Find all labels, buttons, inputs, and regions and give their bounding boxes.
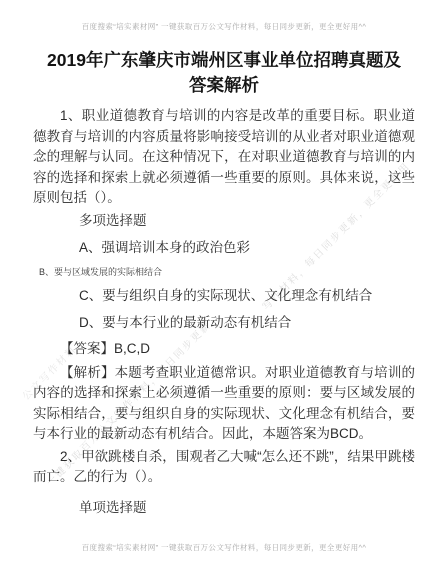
document-title: 2019年广东肇庆市端州区事业单位招聘真题及答案解析 <box>43 48 405 98</box>
document-page: 百度搜索“培实素材网” 一键获取百万公文写作材料，每日同步更新，更全更好用^^ … <box>0 0 448 580</box>
question-1-stem: 1、职业道德教育与培训的内容是改革的重要目标。职业道德教育与培训的内容质量将影响… <box>33 106 415 209</box>
question-1-option-a: A、强调培训本身的政治色彩 <box>79 238 415 257</box>
question-2-stem: 2、甲欲跳楼自杀，围观者乙大喊“怎么还不跳”，结果甲跳楼而亡。乙的行为（）。 <box>33 447 415 488</box>
question-2-type-label: 单项选择题 <box>79 498 415 517</box>
watermark-bottom-text: 百度搜索“培实素材网” 一键获取百万公文写作材料，每日同步更新，更全更好用^^ <box>0 543 448 553</box>
question-1-option-d: D、要与本行业的最新动态有机结合 <box>79 313 415 332</box>
question-1-type-label: 多项选择题 <box>79 211 415 230</box>
question-1-option-b: B、要与区域发展的实际相结合 <box>39 266 415 278</box>
question-1-option-c: C、要与组织自身的实际现状、文化理念有机结合 <box>79 286 415 305</box>
document-body: 2019年广东肇庆市端州区事业单位招聘真题及答案解析 1、职业道德教育与培训的内… <box>0 0 448 517</box>
question-1-answer: 【答案】B,C,D <box>33 339 415 358</box>
question-1-analysis: 【解析】本题考查职业道德常识。对职业道德教育与培训的内容的选择和探索上必须遵循一… <box>33 363 415 445</box>
